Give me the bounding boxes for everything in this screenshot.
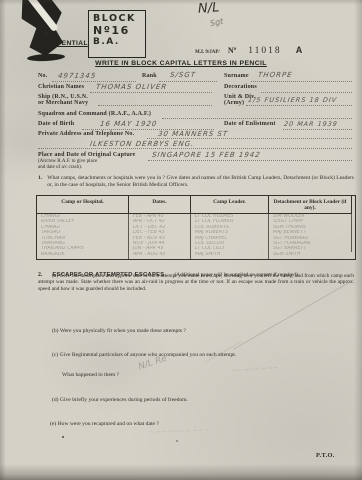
top-pencil-flourish: Sgt <box>209 17 224 29</box>
capture-value: SINGAPORE 15 FEB 1942 <box>151 151 261 159</box>
address-label: Private Address and Telephone No. <box>38 131 134 137</box>
rank-line <box>159 81 217 82</box>
table-row: SGM SMITH <box>269 252 352 259</box>
pencil-dot-2 <box>176 440 178 442</box>
enlistment-value: 20 MAR 1939 <box>283 120 338 128</box>
table-row: BANGKOK <box>37 252 129 259</box>
pencil-dot <box>62 436 64 438</box>
dob-label: Date of Birth <box>38 121 74 127</box>
table-row: MAJ SMITH <box>191 252 269 259</box>
ship-label-2: or Merchant Navy <box>38 100 88 106</box>
address-value-2: ILKESTON DERBYS ENG. <box>89 140 194 148</box>
section1-text: What camps, detachments or hospitals wer… <box>47 175 354 189</box>
form-no-small: Nº <box>44 32 49 37</box>
enlistment-label: Date of Enlistment <box>224 121 276 127</box>
surname-line <box>251 81 352 82</box>
dob-value: 16 MAY 1920 <box>99 120 157 128</box>
surname-value: THORPE <box>257 71 293 79</box>
stamp-line3: B.A. <box>93 37 141 47</box>
capture-label-1: Place and Date of Original Capture <box>38 152 136 158</box>
section2-question-d: (d) Give briefly your experiences during… <box>52 397 332 404</box>
squadron-label: Squadron and Command (R.A.F., A.A.F.) <box>38 111 151 117</box>
pto-label: P.T.O. <box>316 452 335 459</box>
mi9-reference-line: M.I. 9/JAP/ Nº 11018 A <box>195 40 302 58</box>
section2-question-b: (b) Were you physically fit when you mad… <box>52 328 332 335</box>
form-instruction-title: WRITE IN BLOCK CAPITAL LETTERS IN PENCIL <box>0 60 362 67</box>
section2-question-c: (c) Give Regimental particulars of anyon… <box>52 352 342 359</box>
no-label: No. <box>38 73 47 79</box>
squadron-line <box>162 118 352 119</box>
christian-names-value: THOMAS OLIVER <box>95 83 167 91</box>
capture-label-3: and date of a/c crash). <box>38 165 82 170</box>
no-line <box>52 81 136 82</box>
stamp-line2: Nº16 <box>93 24 141 37</box>
scanned-pow-form: N/L Sgt BLOCK Nº16 B.A. Nº CONFIDENTIAL … <box>0 0 362 480</box>
decorations-label: Decorations <box>224 84 257 90</box>
camps-table-header-dates: Dates. <box>129 196 191 214</box>
camps-table: Camp or Hospital. Dates. Camp Leader. De… <box>36 195 356 260</box>
stamp-line1: BLOCK <box>93 13 141 24</box>
mi9-ref: M.I. 9/JAP/ <box>195 50 220 55</box>
christian-names-line <box>90 92 212 93</box>
camps-table-header-camp: Camp or Hospital. <box>37 196 129 214</box>
unit-value: 1/5 FUSILIERS 18 DIV <box>247 96 337 104</box>
capture-line <box>148 160 352 161</box>
table-row: APR - AUG 45 <box>129 252 191 259</box>
decorations-line <box>261 92 352 93</box>
unit-label-2: (Army) <box>224 100 244 106</box>
ship-line <box>98 105 212 106</box>
unit-line <box>246 105 352 106</box>
section1-number: 1. <box>38 175 42 189</box>
enlistment-line <box>283 129 352 130</box>
address-line-2 <box>38 148 352 149</box>
mi9-series: A <box>296 45 303 55</box>
address-value-1: 30 MANNERS ST <box>157 130 228 138</box>
camps-table-header-leader: Camp Leader. <box>191 196 269 214</box>
no-value: 4971345 <box>57 72 96 80</box>
capture-label-2: (Aircrew R.A.F. to give place <box>38 159 97 164</box>
address-line-1 <box>147 138 352 139</box>
christian-names-label: Christian Names <box>38 84 84 90</box>
section1-question: 1. What camps, detachments or hospitals … <box>38 175 354 189</box>
mi9-number: 11018 <box>248 46 281 56</box>
block-stamp: BLOCK Nº16 B.A. <box>88 10 146 58</box>
surname-label: Surname <box>224 73 249 79</box>
top-pencil-note: N/L <box>198 0 220 16</box>
mi9-no-label: Nº <box>228 46 236 55</box>
section2-question-a: (a) Give full description and approx. da… <box>38 273 354 292</box>
rank-value: S/SGT <box>169 71 196 79</box>
confidential-label: CONFIDENTIAL <box>34 40 88 47</box>
rank-label: Rank <box>142 73 157 79</box>
bottom-pencil-squiggle: ~ ~~ ~~~ ~ ~~ ~ <box>150 427 210 436</box>
camps-table-header-block: Detachment or Block Leader (if any). <box>269 196 352 214</box>
